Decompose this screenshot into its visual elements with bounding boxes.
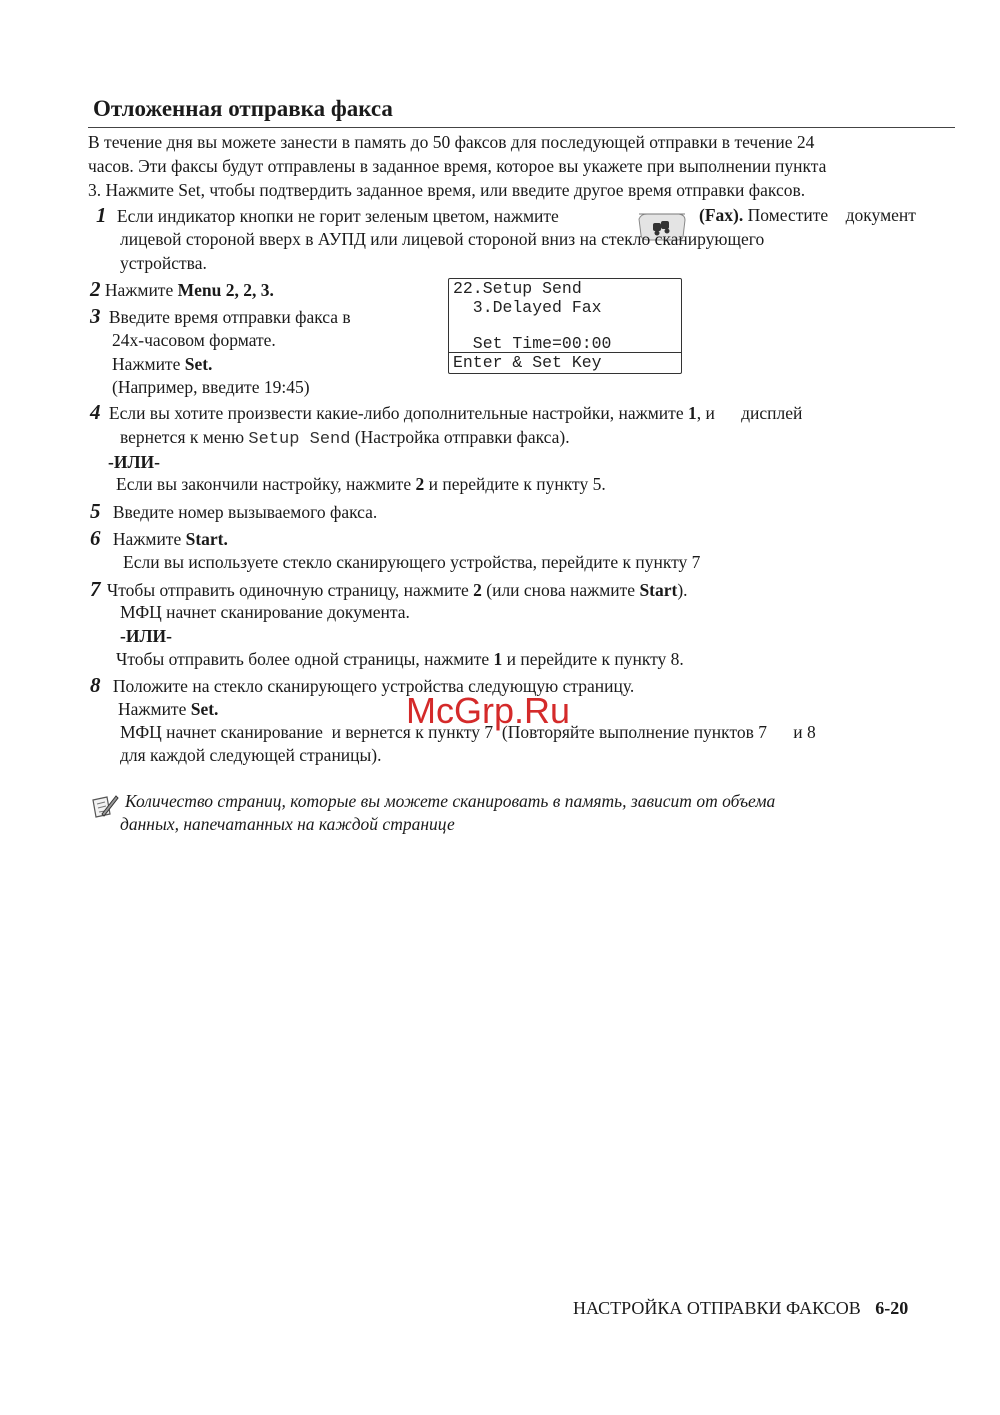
step-text: (Настройка отправки факса). [350,427,569,447]
step-text: Чтобы отправить одиночную страницу, нажм… [107,580,469,600]
step-text: Нажмите [113,529,181,549]
step-text: Если вы хотите произвести какие-либо доп… [109,403,684,423]
step-5: 5 Введите номер вызываемого факса. [90,499,377,524]
lcd-line-2: 3.Delayed Fax [453,298,602,317]
step-text: Поместите документ [748,205,916,225]
key-label: 2 [415,474,424,494]
chapter-title: НАСТРОЙКА ОТПРАВКИ ФАКСОВ [573,1298,861,1318]
note-line-2: данных, напечатанных на каждой странице [120,812,455,836]
step-text: Если индикатор кнопки не горит зеленым ц… [117,206,559,226]
key-label: 1 [688,403,697,423]
step-text: Введите время отправки факса в [109,307,351,327]
step-number: 6 [90,526,101,550]
step-number: 8 [90,673,101,697]
title-rule [88,127,955,128]
intro-line-1: В течение дня вы можете занести в память… [88,130,814,154]
key-label: 1 [494,649,503,669]
step-text: Нажмите [112,354,180,374]
step-6: 6 Нажмите Start. [90,526,228,551]
step-8-line-4: для каждой следующей страницы). [120,743,382,767]
step-7-line-2: МФЦ начнет сканирование документа. [120,600,410,624]
step-4: 4 Если вы хотите произвести какие-либо д… [90,400,802,425]
step-1: 1 Если индикатор кнопки не горит зеленым… [96,203,559,228]
page-number: 6-20 [875,1298,908,1318]
step-3-line-4: (Например, введите 19:45) [112,375,310,399]
step-number: 7 [90,577,101,601]
step-number: 4 [90,400,101,424]
step-text: Введите номер вызываемого факса. [113,502,377,522]
step-3: 3 Введите время отправки факса в [90,304,351,329]
step-1-key: (Fax). Поместите документ [699,203,916,227]
set-key-label: Set. [191,699,219,719]
menu-key-label: Menu 2, 2, 3. [178,280,274,300]
step-3-line-2: 24х-часовом формате. [112,328,276,352]
step-1-line-2: лицевой стороной вверх в АУПД или лицево… [120,227,764,251]
step-3-line-3: Нажмите Set. [112,352,212,376]
watermark: McGrp.Ru [406,690,570,732]
step-text: и перейдите к пункту 8. [507,649,684,669]
step-8-line-2: Нажмите Set. [118,697,218,721]
page-footer: НАСТРОЙКА ОТПРАВКИ ФАКСОВ 6-20 [573,1298,908,1319]
step-text: , и дисплей [697,403,803,423]
step-text: Если вы закончили настройку, нажмите [116,474,411,494]
start-key-label: Start. [186,529,228,549]
or-separator: -ИЛИ- [120,624,172,648]
step-4-line-2: вернется к меню Setup Send (Настройка от… [120,425,570,452]
step-text: ). [677,580,687,600]
lcd-line-1: 22.Setup Send [453,279,582,298]
start-key-label: Start [639,580,677,600]
note-pencil-icon [90,792,120,820]
fax-key-label: (Fax). [699,205,743,225]
step-1-line-3: устройства. [120,251,207,275]
step-number: 3 [90,304,101,328]
note-line-1: Количество страниц, которые вы можете ск… [125,789,775,813]
step-7: 7 Чтобы отправить одиночную страницу, на… [90,577,688,602]
set-key-label: Set. [185,354,213,374]
step-text: и перейдите к пункту 5. [429,474,606,494]
step-number: 1 [96,203,107,227]
step-text: (или снова нажмите [486,580,635,600]
step-number: 5 [90,499,101,523]
step-7-line-3: Чтобы отправить более одной страницы, на… [116,647,684,671]
step-text: Нажмите [105,280,173,300]
intro-line-3: 3. Нажмите Set, чтобы подтвердить заданн… [88,178,805,202]
step-number: 2 [90,277,101,301]
key-label: 2 [473,580,482,600]
step-text: вернется к меню [120,427,244,447]
lcd-line-5: Enter & Set Key [453,353,602,372]
intro-line-2: часов. Эти факсы будут отправлены в зада… [88,154,826,178]
step-4-line-3: Если вы закончили настройку, нажмите 2 и… [116,472,606,496]
step-6-line-2: Если вы используете стекло сканирующего … [123,550,700,574]
lcd-line-4: Set Time=00:00 [453,334,611,353]
step-text: Нажмите [118,699,186,719]
section-title: Отложенная отправка факса [93,96,393,122]
menu-name: Setup Send [248,430,350,449]
step-text: Чтобы отправить более одной страницы, на… [116,649,489,669]
lcd-display: 22.Setup Send 3.Delayed Fax Set Time=00:… [448,278,682,374]
or-separator: -ИЛИ- [108,450,160,474]
step-2: 2 Нажмите Menu 2, 2, 3. [90,277,274,302]
